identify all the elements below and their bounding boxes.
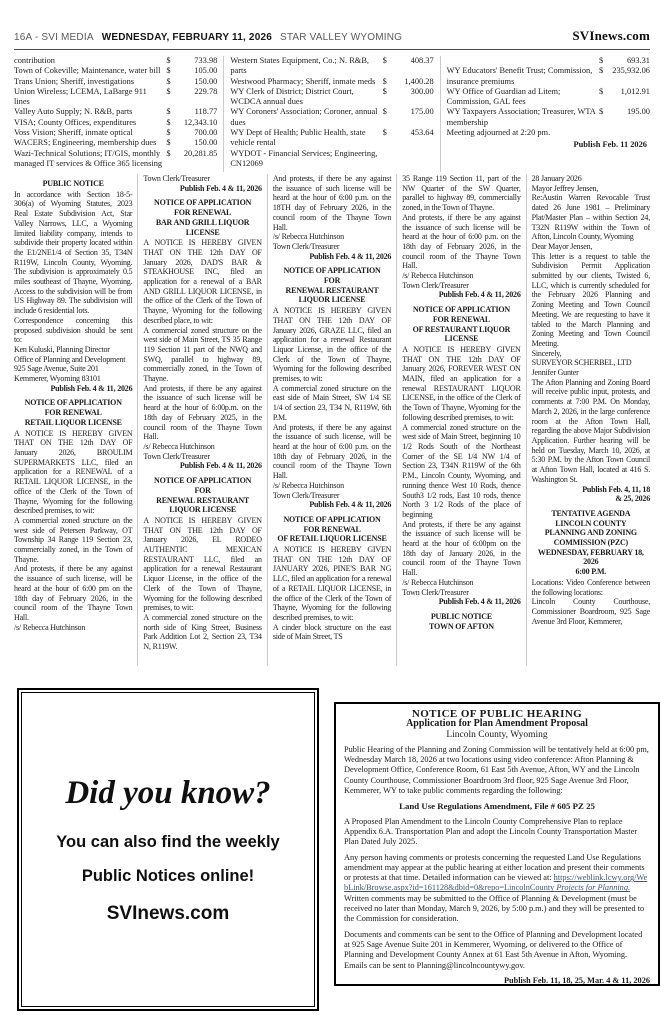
ledger-amount: 118.77 (175, 107, 217, 117)
notice-block: Town Clerk/Treasurer (143, 174, 261, 184)
notice-block: A NOTICE IS HEREBY GIVEN THAT ON THE 12t… (402, 345, 520, 423)
dollar-sign: $ (383, 87, 392, 97)
ledger-description: WY Office of Guardian ad Litem; Commissi… (447, 87, 599, 108)
ledger-description: Trans Union; Sheriff, investigations (14, 77, 166, 87)
ledger-row: Western States Equipment, Co.; N. R&B, p… (230, 56, 433, 77)
dollar-sign: $ (166, 128, 175, 138)
ledger-amount: 1,400.28 (392, 77, 434, 87)
notice-block: Sincerely, (532, 349, 650, 359)
notice-block: A NOTICE IS HEREBY GIVEN THAT ON THE 12t… (14, 429, 132, 516)
dollar-sign: $ (599, 107, 608, 117)
ledger-column-2: Western States Equipment, Co.; N. R&B, p… (224, 56, 440, 172)
notice-column-2: Town Clerk/TreasurerPublish Feb. 4 & 11,… (138, 174, 267, 666)
ledger-description: VISA; County Offices, expenditures (14, 118, 166, 128)
dollar-sign: $ (599, 56, 608, 66)
ledger-description: WY Taxpayers Association; Treasurer, WTA… (447, 107, 599, 128)
notice-block: Publish Feb. 4 & 11, 2026 (402, 290, 520, 300)
ad-site-name: SVInews.com (107, 903, 230, 925)
dollar-sign: $ (383, 107, 392, 117)
ledger-amount: 235,932.06 (608, 66, 650, 76)
notice-column-4: 35 Range 119 Section 11, part of the NW … (397, 174, 526, 666)
hearing-paragraph-3: Any person having comments or protests c… (344, 853, 650, 925)
ledger-row: $ 693.31 (447, 56, 650, 66)
masthead: 16A - SVI MEDIA WEDNESDAY, FEBRUARY 11, … (14, 28, 650, 50)
notice-block: Publish Feb. 4 & 11, 2026 (14, 384, 132, 394)
ledger-amount: 105.00 (175, 66, 217, 76)
ledger-description: WY Clerk of District; District Court, WC… (230, 87, 382, 108)
page-number-label: 16A - SVI MEDIA (14, 32, 94, 43)
file-heading: Land Use Regulations Amendment, File # 6… (344, 801, 650, 811)
hearing-paragraph-1: Public Hearing of the Planning and Zonin… (344, 745, 650, 796)
expense-ledger: contribution $ 733.98 Town of Cokeville;… (14, 56, 650, 172)
notice-block: /s/ Rebecca Hutchinson (273, 481, 391, 491)
notice-block: /s/ Rebecca Hutchinson (402, 578, 520, 588)
hearing-location: Lincoln County, Wyoming (344, 730, 650, 740)
ledger-amount: 300.00 (392, 87, 434, 97)
notice-block: Town Clerk/Treasurer (402, 281, 520, 291)
ledger-description: contribution (14, 56, 166, 66)
ad-line-2: Public Notices online! (82, 867, 254, 886)
dollar-sign: $ (166, 107, 175, 117)
notice-block: NOTICE OF APPLICATION FOR RENEWAL BAR AN… (143, 198, 261, 237)
notice-block: NOTICE OF APPLICATION FOR RENEWAL OF RES… (402, 305, 520, 344)
ledger-description: WY Dept of Health; Public Health, state … (230, 128, 382, 149)
notice-block: Publish Feb. 4 & 11, 2026 (273, 252, 391, 262)
ledger-row: WY Office of Guardian ad Litem; Commissi… (447, 87, 650, 108)
notice-block: Mayor Jeffrey Jensen, (532, 184, 650, 194)
ledger-amount: 20,281.85 (175, 149, 217, 159)
notice-block: And protests, if there be any against th… (14, 564, 132, 622)
notice-block: A commercial zoned structure on the west… (14, 516, 132, 565)
notice-block: A cinder block structure on the east sid… (273, 623, 391, 642)
ledger-description: WYDOT - Financial Services; Engineering,… (230, 149, 382, 170)
ledger-description: Publish Feb. 11 2026 (447, 140, 650, 150)
ledger-description: Town of Cokeville; Maintenance, water bi… (14, 66, 166, 76)
public-notices-section: PUBLIC NOTICEIn accordance with Section … (14, 174, 650, 666)
ledger-row: Trans Union; Sheriff, investigations $ 1… (14, 77, 217, 87)
masthead-left: 16A - SVI MEDIA WEDNESDAY, FEBRUARY 11, … (14, 32, 407, 43)
notice-block: A commercial zoned structure on the east… (273, 384, 391, 423)
hearing-paragraph-3-post: Written comments may be submitted to the… (344, 894, 644, 924)
notice-block: Office of Planning and Development (14, 355, 132, 365)
notice-block: PUBLIC NOTICE (14, 179, 132, 189)
hearing-subtitle: Application for Plan Amendment Proposal (344, 719, 650, 729)
dollar-sign: $ (383, 128, 392, 138)
dollar-sign: $ (599, 87, 608, 97)
notice-block: Town Clerk/Treasurer (143, 452, 261, 462)
notice-block: 925 Sage Avenue, Suite 201 (14, 364, 132, 374)
notice-block: NOTICE OF APPLICATION FOR RENEWAL RESTAU… (273, 266, 391, 305)
site-name: SVInews.com (572, 28, 650, 44)
ledger-row: Town of Cokeville; Maintenance, water bi… (14, 66, 217, 76)
ledger-row: Wazi-Technical Solutions; IT/GIS, monthl… (14, 149, 217, 170)
notice-block: Publish Feb. 4, 11, 18 & 25, 2026 (532, 485, 650, 504)
notice-block: Town Clerk/Treasurer (273, 242, 391, 252)
notice-block: A NOTICE IS HEREBY GIVEN THAT ON THE 12t… (273, 306, 391, 384)
notice-block: Ken Kuluski, Planning Director (14, 345, 132, 355)
ledger-amount: 1,012.91 (608, 87, 650, 97)
notice-block: Publish Feb. 4 & 11, 2026 (402, 597, 520, 607)
ledger-row: Voss Vision; Sheriff, inmate optical $ 7… (14, 128, 217, 138)
notice-block: 35 Range 119 Section 11, part of the NW … (402, 174, 520, 213)
notice-block: Correspondence concerning this proposed … (14, 316, 132, 345)
notice-block: A NOTICE IS HEREBY GIVEN THAT ON THE 12t… (143, 238, 261, 325)
ledger-row: Union Wireless; LCEMA, LaBarge 911 lines… (14, 87, 217, 108)
notice-block: Publish Feb. 4 & 11, 2026 (143, 184, 261, 194)
notice-block: And protests, if there be any against th… (143, 384, 261, 442)
ad-headline: Did you know? (65, 775, 270, 812)
ledger-row: VISA; County Offices, expenditures $ 12,… (14, 118, 217, 128)
notice-block: Re:Austin Warren Revocable Trust dated 2… (532, 193, 650, 242)
ledger-description: WY Coroners' Association; Coroner, annua… (230, 107, 382, 128)
dollar-sign: $ (383, 56, 392, 66)
ledger-row: contribution $ 733.98 (14, 56, 217, 66)
weblink-label[interactable]: Projects for Planning. (554, 883, 630, 892)
ledger-description: Valley Auto Supply; N. R&B, parts (14, 107, 166, 117)
notice-block: SURVEYOR SCHERBEL, LTD (532, 358, 650, 368)
hearing-paragraph-2: A Proposed Plan Amendment to the Lincoln… (344, 817, 650, 848)
dollar-sign: $ (166, 66, 175, 76)
dollar-sign: $ (166, 56, 175, 66)
ledger-description: Westwood Pharmacy; Sheriff, inmate meds (230, 77, 382, 87)
newspaper-page: 16A - SVI MEDIA WEDNESDAY, FEBRUARY 11, … (0, 0, 663, 1024)
ledger-amount: 700.00 (175, 128, 217, 138)
notice-block: A commercial zoned structure on the west… (402, 423, 520, 520)
ledger-row: WY Clerk of District; District Court, WC… (230, 87, 433, 108)
dollar-sign: $ (166, 149, 175, 159)
ledger-description: WY Educators' Benefit Trust; Commission,… (447, 66, 599, 87)
notice-block: 28 January 2026 (532, 174, 650, 184)
notice-block: And protests, if there be any against th… (402, 213, 520, 271)
notice-block: Lincoln County Courthouse, Commissioner … (532, 597, 650, 626)
ledger-amount: 453.64 (392, 128, 434, 138)
notice-block: Kemmerer, Wyoming 83101 (14, 374, 132, 384)
ledger-amount: 150.00 (175, 138, 217, 148)
promo-ad-box: Did you know? You can also find the week… (17, 688, 319, 1011)
public-hearing-notice-box: NOTICE OF PUBLIC HEARING Application for… (334, 702, 660, 986)
ledger-amount: 150.00 (175, 77, 217, 87)
notice-block: Dear Mayor Jensen, (532, 242, 650, 252)
notice-block: A commercial zoned structure on the nort… (143, 613, 261, 652)
ledger-row: WY Educators' Benefit Trust; Commission,… (447, 66, 650, 87)
ledger-amount: 12,343.10 (175, 118, 217, 128)
ledger-column-1: contribution $ 733.98 Town of Cokeville;… (14, 56, 224, 172)
ledger-row: WYDOT - Financial Services; Engineering,… (230, 149, 433, 170)
ledger-row: WY Taxpayers Association; Treasurer, WTA… (447, 107, 650, 128)
dollar-sign: $ (166, 77, 175, 87)
dollar-sign: $ (599, 66, 608, 76)
notice-block: A commercial zoned structure on the west… (143, 326, 261, 384)
dollar-sign: $ (383, 77, 392, 87)
notice-block: A NOTICE IS HEREBY GIVEN THAT ON THE 12t… (143, 516, 261, 613)
ledger-amount: 229.78 (175, 87, 217, 97)
notice-block: /s/ Rebecca Hutchinson (14, 623, 132, 633)
notice-block: Jennifer Gunter (532, 368, 650, 378)
ledger-row: WACERS; Engineering, membership dues $ 1… (14, 138, 217, 148)
ledger-description: WACERS; Engineering, membership dues (14, 138, 166, 148)
notice-block: /s/ Rebecca Hutchinson (273, 232, 391, 242)
ledger-description: Meeting adjourned at 2:20 pm. (447, 128, 599, 138)
notice-block: And protests, if there be any against th… (402, 520, 520, 578)
ledger-description: Western States Equipment, Co.; N. R&B, p… (230, 56, 382, 77)
ledger-row: Valley Auto Supply; N. R&B, parts $ 118.… (14, 107, 217, 117)
notice-column-5: 28 January 2026Mayor Jeffrey Jensen,Re:A… (527, 174, 650, 666)
ad-line-1: You can also find the weekly (56, 833, 279, 852)
ledger-amount: 408.37 (392, 56, 434, 66)
ledger-row: Westwood Pharmacy; Sheriff, inmate meds … (230, 77, 433, 87)
issue-date: WEDNESDAY, FEBRUARY 11, 2026 (102, 32, 272, 43)
notice-block: And protests, if there be any against th… (273, 174, 391, 232)
notice-block: And protests, if there be any against th… (273, 423, 391, 481)
notice-block: In accordance with Section 18-5-306(a) o… (14, 190, 132, 316)
ledger-amount: 195.00 (608, 107, 650, 117)
ledger-row: Meeting adjourned at 2:20 pm. $ (447, 128, 650, 138)
ledger-amount: 175.00 (392, 107, 434, 117)
dollar-sign: $ (166, 87, 175, 97)
dollar-sign: $ (166, 118, 175, 128)
region-label: STAR VALLEY WYOMING (280, 32, 402, 43)
notice-block: PUBLIC NOTICE TOWN OF AFTON (402, 612, 520, 631)
hearing-paragraph-4: Documents and comments can be sent to th… (344, 930, 650, 971)
ledger-description: Wazi-Technical Solutions; IT/GIS, monthl… (14, 149, 166, 170)
notice-block: Locations: Video Conference between the … (532, 578, 650, 597)
hearing-publish-line: Publish Feb. 11, 18, 25, Mar. 4 & 11, 20… (344, 976, 650, 986)
ledger-row: Publish Feb. 11 2026 $ (447, 140, 650, 150)
notice-block: Publish Feb. 4 & 11, 2026 (143, 461, 261, 471)
ledger-row: WY Coroners' Association; Coroner, annua… (230, 107, 433, 128)
notice-block: Town Clerk/Treasurer (273, 491, 391, 501)
notice-block: NOTICE OF APPLICATION FOR RENEWAL OF RET… (273, 515, 391, 544)
ledger-description: Voss Vision; Sheriff, inmate optical (14, 128, 166, 138)
ledger-column-3: $ 693.31 WY Educators' Benefit Trust; Co… (441, 56, 650, 172)
ledger-description: Union Wireless; LCEMA, LaBarge 911 lines (14, 87, 166, 108)
notice-block: NOTICE OF APPLICATION FOR RENEWAL RETAIL… (14, 398, 132, 427)
notice-block: Town Clerk/Treasurer (402, 588, 520, 598)
notice-block: This letter is a request to table the Su… (532, 252, 650, 349)
notice-block: The Afton Planning and Zoning Board will… (532, 378, 650, 485)
notice-block: /s/ Rebecca Hutchinson (143, 442, 261, 452)
notice-block: /s/ Rebecca Hutchinson (402, 271, 520, 281)
ledger-row: WY Dept of Health; Public Health, state … (230, 128, 433, 149)
notice-block: A NOTICE IS HEREBY GIVEN THAT ON THE 12t… (273, 545, 391, 623)
notice-column-1: PUBLIC NOTICEIn accordance with Section … (14, 174, 138, 666)
ledger-amount: 733.98 (175, 56, 217, 66)
ledger-amount: 693.31 (608, 56, 650, 66)
notice-block: NOTICE OF APPLICATION FOR RENEWAL RESTAU… (143, 476, 261, 515)
dollar-sign: $ (166, 138, 175, 148)
notice-column-3: And protests, if there be any against th… (268, 174, 397, 666)
promo-ad-inner-border: Did you know? You can also find the week… (21, 692, 315, 1007)
notice-block: TENTATIVE AGENDA LINCOLN COUNTY PLANNING… (532, 509, 650, 577)
notice-block: Publish Feb. 4 & 11, 2026 (273, 500, 391, 510)
